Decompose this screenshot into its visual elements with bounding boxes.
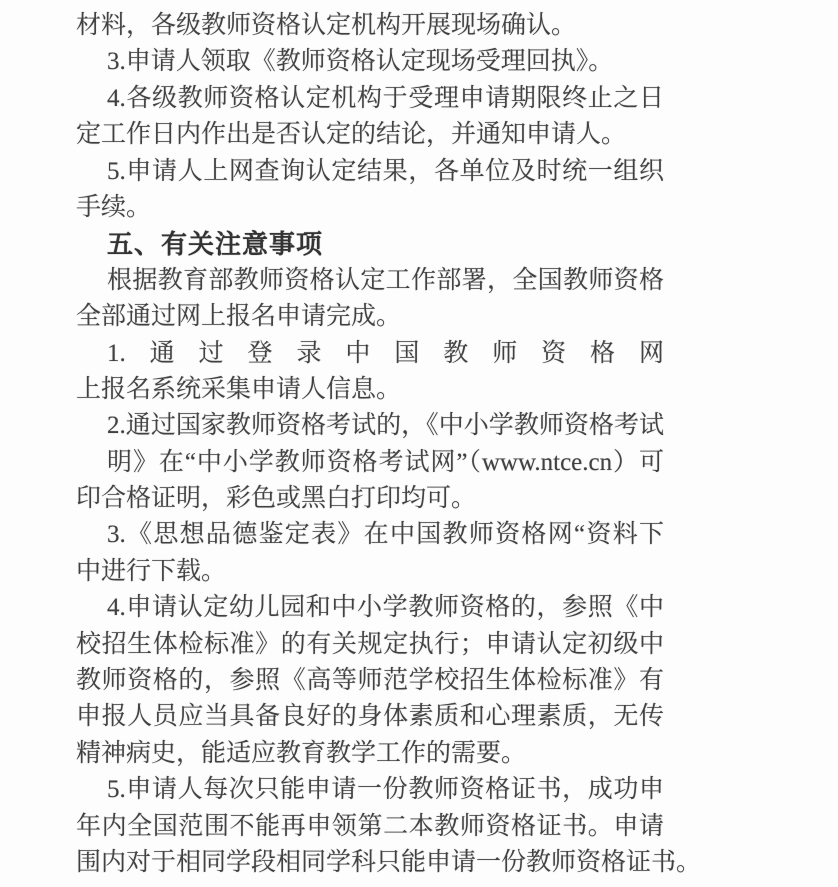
text-line: 1.通过登录中国教师资格网（http://www.jszg.edu.cn），利用… bbox=[76, 336, 664, 372]
text-line: 申报人员应当具备良好的身体素质和心理素质，无传染性疾病和 bbox=[76, 699, 664, 735]
text-line: 教师资格的，参照《高等师范学校招生体检标准》有关规定执行。 bbox=[76, 663, 664, 699]
text-line: 根据教育部教师资格认定工作部署，全国教师资格认定工作 bbox=[76, 263, 664, 299]
text-line: 精神病史，能适应教育教学工作的需要。 bbox=[76, 736, 664, 772]
text-line: 全部通过网上报名申请完成。 bbox=[76, 299, 664, 335]
text-line: 印合格证明，彩色或黑白打印均可。 bbox=[76, 481, 664, 517]
text-line: 手续。 bbox=[76, 190, 664, 226]
section-heading: 五、有关注意事项 bbox=[76, 226, 664, 262]
text-line: 5.申请人每次只能申请一份教师资格证书，成功申领后的一 bbox=[76, 772, 664, 808]
text-line: 明》在“中小学教师资格考试网”（www.ntce.cn）可直接打 bbox=[76, 445, 664, 481]
text-line: 5.申请人上网查询认定结果，各单位及时统一组织办理领证 bbox=[76, 154, 664, 190]
text-line: 中进行下载。 bbox=[76, 554, 664, 590]
text-line: 4.申请认定幼儿园和中小学教师资格的，参照《中等师范学 bbox=[76, 590, 664, 626]
document-text-block: 材料，各级教师资格认定机构开展现场确认。3.申请人领取《教师资格认定现场受理回执… bbox=[76, 8, 664, 881]
text-line: 材料，各级教师资格认定机构开展现场确认。 bbox=[76, 8, 664, 44]
document-page: 材料，各级教师资格认定机构开展现场确认。3.申请人领取《教师资格认定现场受理回执… bbox=[0, 0, 838, 887]
text-line: 年内全国范围不能再申领第二本教师资格证书。申请人在全国范 bbox=[76, 809, 664, 845]
text-line: 3.申请人领取《教师资格认定现场受理回执》。 bbox=[76, 44, 664, 80]
text-line: 围内对于相同学段相同学科只能申请一份教师资格证书。 bbox=[76, 845, 664, 881]
text-line: 定工作日内作出是否认定的结论，并通知申请人。 bbox=[76, 117, 664, 153]
text-line: 3.《思想品德鉴定表》在中国教师资格网“资料下载”栏目 bbox=[76, 517, 664, 553]
text-line: 2.通过国家教师资格考试的，《中小学教师资格考试合格证 bbox=[76, 408, 664, 444]
text-line: 4.各级教师资格认定机构于受理申请期限终止之日起30个法 bbox=[76, 81, 664, 117]
text-line: 上报名系统采集申请人信息。 bbox=[76, 372, 664, 408]
text-line: 校招生体检标准》的有关规定执行；申请认定初级中学及其以上 bbox=[76, 627, 664, 663]
